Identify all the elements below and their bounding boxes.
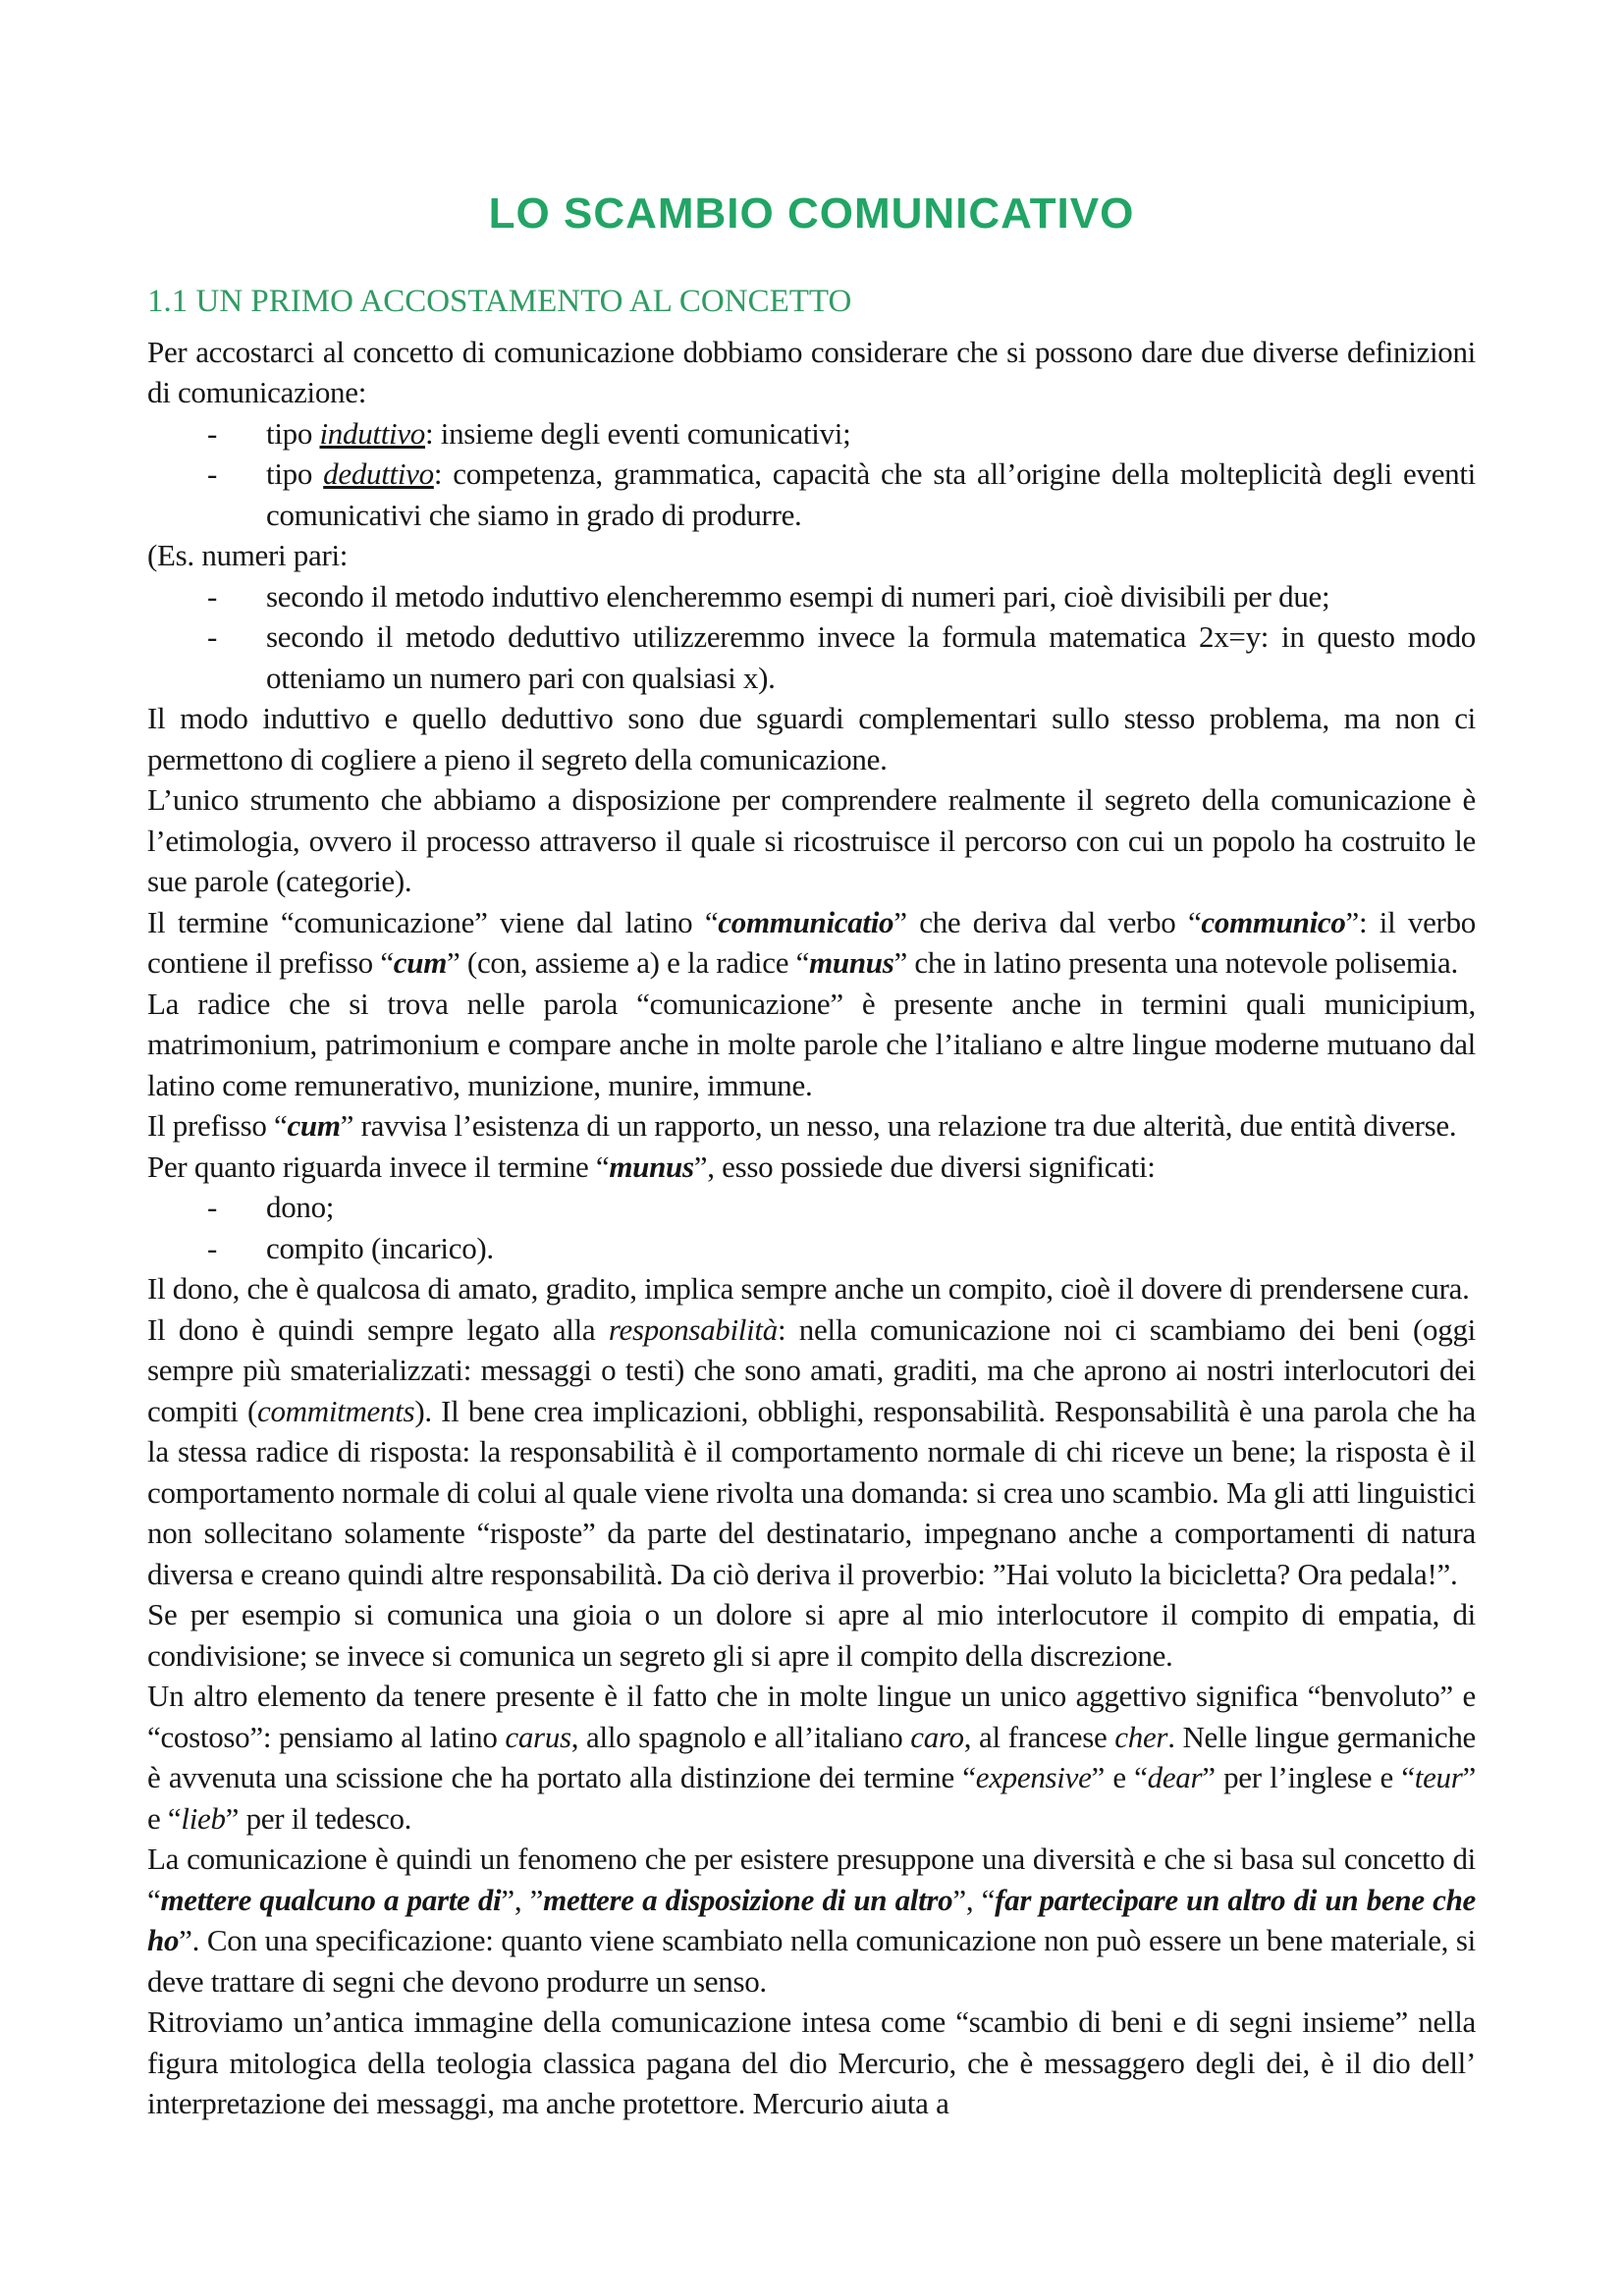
text-segment: dear	[1148, 1760, 1203, 1794]
text-segment: ” per il tedesco.	[226, 1801, 411, 1836]
text-segment: ” che in latino presenta una notevole po…	[893, 945, 1457, 980]
text-segment: La radice che si trova nelle parola “com…	[147, 987, 1476, 1102]
text-segment: ”, esso possiede due diversi significati…	[694, 1149, 1156, 1184]
text-segment: teur	[1415, 1760, 1463, 1794]
list-item: -secondo il metodo induttivo elencheremm…	[147, 576, 1476, 617]
text-segment: secondo il metodo induttivo elencheremmo…	[266, 579, 1329, 614]
paragraph: Per quanto riguarda invece il termine “m…	[147, 1147, 1476, 1188]
text-segment: : competenza, grammatica, capacità che s…	[266, 456, 1476, 532]
paragraph: Ritroviamo un’antica immagine della comu…	[147, 2002, 1476, 2124]
text-segment: mettere a disposizione di un altro	[543, 1883, 952, 1917]
list-item-text: compito (incarico).	[266, 1228, 1476, 1269]
paragraph: Il dono è quindi sempre legato alla resp…	[147, 1309, 1476, 1595]
text-segment: lieb	[181, 1801, 225, 1836]
paragraph: L’unico strumento che abbiamo a disposiz…	[147, 779, 1476, 902]
text-segment: commitments	[257, 1394, 414, 1428]
text-segment: Ritroviamo un’antica immagine della comu…	[147, 2004, 1476, 2120]
text-segment: ” (con, assieme a) e la radice “	[447, 945, 809, 980]
text-segment: , allo spagnolo e all’italiano	[571, 1720, 911, 1754]
list-item-text: secondo il metodo induttivo elencheremmo…	[266, 576, 1476, 617]
list-item: -tipo induttivo: insieme degli eventi co…	[147, 413, 1476, 454]
text-segment: ” ravvisa l’esistenza di un rapporto, un…	[341, 1108, 1457, 1143]
text-segment: cum	[394, 945, 447, 980]
text-segment: Per accostarci al concetto di comunicazi…	[147, 335, 1476, 410]
text-segment: munus	[809, 945, 893, 980]
bullet-marker: -	[207, 1228, 266, 1269]
text-segment: deduttivo	[323, 456, 434, 491]
text-segment: tipo	[266, 416, 319, 451]
text-segment: Il termine “comunicazione” viene dal lat…	[147, 905, 718, 939]
text-segment: Il modo induttivo e quello deduttivo son…	[147, 701, 1476, 776]
document-body: Per accostarci al concetto di comunicazi…	[147, 332, 1476, 2124]
text-segment: carus	[505, 1720, 570, 1754]
paragraph: Il prefisso “cum” ravvisa l’esistenza di…	[147, 1105, 1476, 1147]
text-segment: secondo il metodo deduttivo utilizzeremm…	[266, 619, 1476, 695]
bullet-marker: -	[207, 576, 266, 617]
text-segment: cum	[287, 1108, 340, 1143]
text-segment: mettere qualcuno a parte di	[160, 1883, 501, 1917]
bullet-marker: -	[207, 616, 266, 658]
text-segment: Il dono, che è qualcosa di amato, gradit…	[147, 1271, 1470, 1306]
text-segment: expensive	[976, 1760, 1092, 1794]
text-segment: Il dono è quindi sempre legato alla	[147, 1312, 609, 1347]
text-segment: responsabilità	[609, 1312, 778, 1347]
text-segment: dono;	[266, 1190, 334, 1224]
text-segment: ” per l’inglese e “	[1202, 1760, 1415, 1794]
bullet-marker: -	[207, 413, 266, 454]
text-segment: munus	[609, 1149, 693, 1184]
paragraph: Se per esempio si comunica una gioia o u…	[147, 1594, 1476, 1676]
page-title: LO SCAMBIO COMUNICATIVO	[147, 192, 1476, 236]
text-segment: cher	[1114, 1720, 1167, 1754]
paragraph: Per accostarci al concetto di comunicazi…	[147, 332, 1476, 413]
list-item: -secondo il metodo deduttivo utilizzerem…	[147, 616, 1476, 698]
text-segment: caro	[910, 1720, 963, 1754]
list-item: -compito (incarico).	[147, 1228, 1476, 1269]
text-segment: (Es. numeri pari:	[147, 538, 348, 572]
text-segment: , al francese	[964, 1720, 1115, 1754]
list-item: -dono;	[147, 1187, 1476, 1228]
text-segment: induttivo	[319, 416, 425, 451]
text-segment: ” che deriva dal verbo “	[893, 905, 1201, 939]
text-segment: compito (incarico).	[266, 1231, 494, 1265]
list-item-text: tipo deduttivo: competenza, grammatica, …	[266, 454, 1476, 535]
text-segment: L’unico strumento che abbiamo a disposiz…	[147, 782, 1476, 898]
text-segment: Il prefisso “	[147, 1108, 287, 1143]
paragraph: (Es. numeri pari:	[147, 535, 1476, 576]
section-heading: 1.1 UN PRIMO ACCOSTAMENTO AL CONCETTO	[147, 283, 1476, 322]
bullet-marker: -	[207, 454, 266, 495]
text-segment: communico	[1201, 905, 1345, 939]
list-item-text: secondo il metodo deduttivo utilizzeremm…	[266, 616, 1476, 698]
text-segment: communicatio	[718, 905, 893, 939]
text-segment: ”. Con una specificazione: quanto viene …	[147, 1923, 1476, 1999]
paragraph: Un altro elemento da tenere presente è i…	[147, 1676, 1476, 1839]
text-segment: : insieme degli eventi comunicativi;	[425, 416, 850, 451]
paragraph: La comunicazione è quindi un fenomeno ch…	[147, 1839, 1476, 2002]
text-segment: Se per esempio si comunica una gioia o u…	[147, 1597, 1476, 1673]
paragraph: Il termine “comunicazione” viene dal lat…	[147, 902, 1476, 984]
text-segment: ”, ”	[501, 1883, 543, 1917]
text-segment: ”, “	[952, 1883, 995, 1917]
bullet-marker: -	[207, 1187, 266, 1228]
paragraph: Il modo induttivo e quello deduttivo son…	[147, 698, 1476, 779]
document-page: LO SCAMBIO COMUNICATIVO 1.1 UN PRIMO ACC…	[0, 0, 1623, 2296]
paragraph: La radice che si trova nelle parola “com…	[147, 984, 1476, 1106]
text-segment: ” e “	[1092, 1760, 1148, 1794]
list-item-text: tipo induttivo: insieme degli eventi com…	[266, 413, 1476, 454]
list-item: -tipo deduttivo: competenza, grammatica,…	[147, 454, 1476, 535]
list-item-text: dono;	[266, 1187, 1476, 1228]
text-segment: Per quanto riguarda invece il termine “	[147, 1149, 609, 1184]
text-segment: tipo	[266, 456, 323, 491]
paragraph: Il dono, che è qualcosa di amato, gradit…	[147, 1268, 1476, 1309]
